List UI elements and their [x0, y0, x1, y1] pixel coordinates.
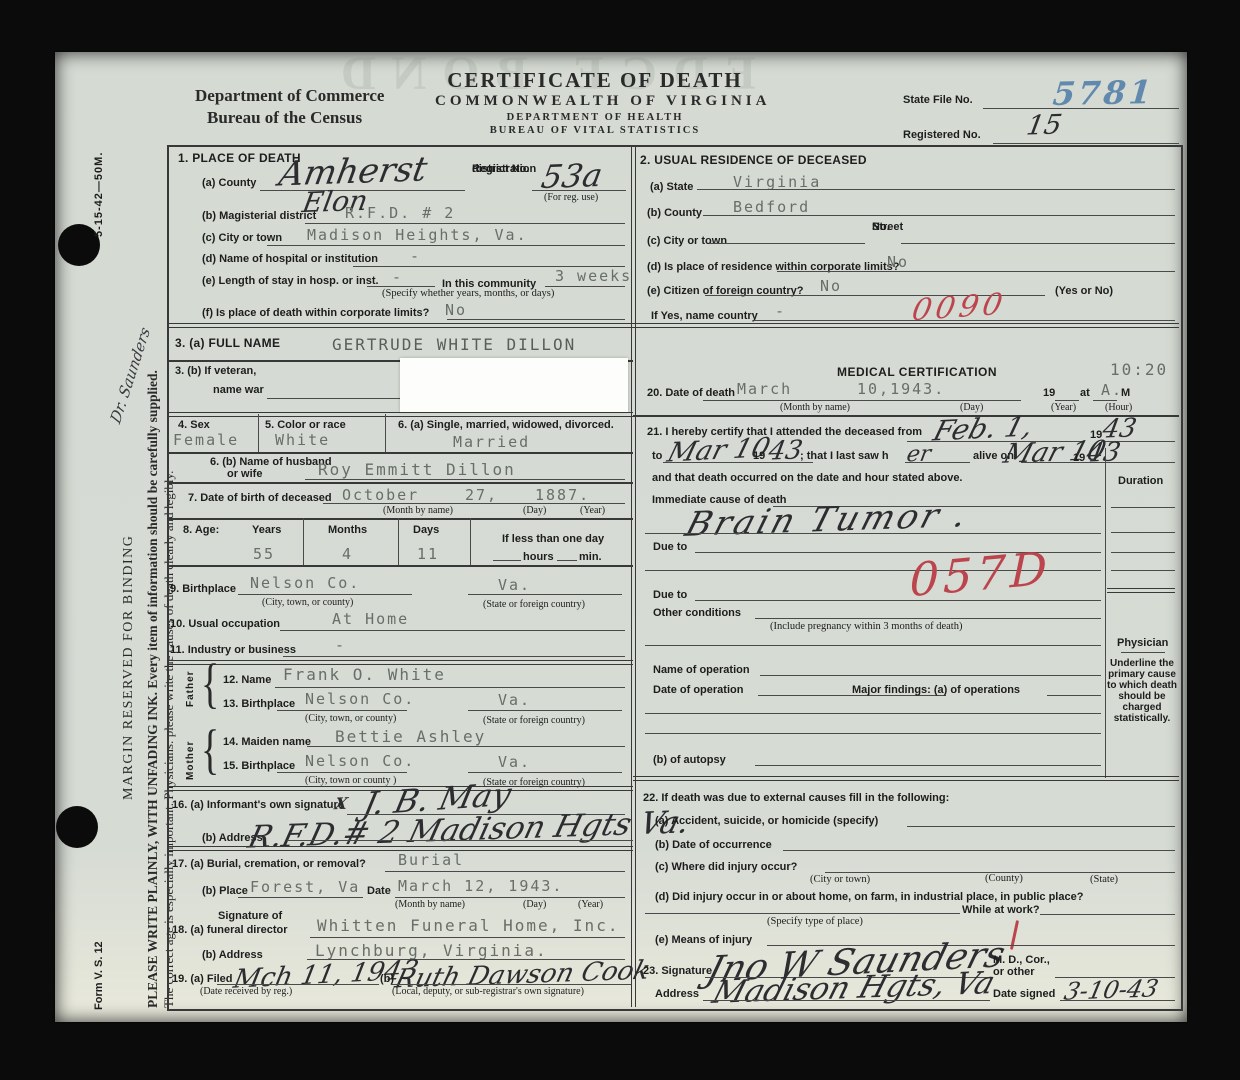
hole-punch-bottom: [56, 806, 98, 848]
s8-months-label: Months: [328, 524, 367, 536]
s6b-spouse-label-1: 6. (b) Name of husband: [210, 456, 332, 468]
s7-month-value: October: [342, 486, 419, 504]
s1-stay-value1: -: [392, 268, 403, 286]
s18-sig-of-label: Signature of: [218, 910, 282, 922]
s2-county-value: Bedford: [733, 198, 810, 216]
rule: [1111, 532, 1175, 533]
rule: [557, 560, 577, 561]
s20-month-hint: (Month by name): [780, 402, 850, 413]
rule: [1021, 462, 1175, 463]
s6a-marital-value: Married: [453, 433, 530, 451]
section2-heading: 2. USUAL RESIDENCE OF DECEASED: [640, 153, 867, 167]
certificate-title: CERTIFICATE OF DEATH: [435, 68, 755, 93]
s23-address-label: Address: [655, 988, 699, 1000]
rule: [645, 713, 1101, 714]
s2-street-label-2: No.: [872, 222, 890, 233]
certificate-paper: EDGE BOND 5-15-42—50M. Form V. S. 12 MAR…: [55, 52, 1187, 1022]
s9-place-value: Nelson Co.: [250, 574, 360, 592]
column-divider: [258, 414, 259, 452]
s21-due2-label: Due to: [653, 589, 687, 601]
rule: [1040, 914, 1175, 915]
s2-state-label: (a) State: [650, 181, 693, 193]
s8-months-value: 4: [342, 545, 353, 563]
rule: [710, 243, 865, 244]
s1-hospital-value: -: [410, 247, 421, 265]
print-code: 5-15-42—50M.: [93, 152, 105, 237]
rule: [385, 871, 625, 872]
rule: [447, 319, 625, 320]
s21-certify-line2: and that death occurred on the date and …: [652, 472, 963, 484]
rule: [395, 897, 625, 898]
mother-bp-place: Nelson Co.: [305, 752, 415, 770]
s21-due1-label: Due to: [653, 541, 687, 553]
rule: [238, 897, 363, 898]
s7-day-value: 27,: [465, 486, 498, 504]
s20-month-value: March: [737, 380, 792, 398]
s18-address-value: Lynchburg, Virginia.: [315, 941, 548, 960]
rule: [1111, 570, 1175, 571]
s2-ifyes-label: If Yes, name country: [651, 310, 758, 322]
form-number: Form V. S. 12: [93, 941, 105, 1010]
s2-city-label: (c) City or town: [647, 235, 727, 247]
s20-day-value: 10,1943.: [857, 380, 945, 398]
s17-burial-label: 17. (a) Burial, cremation, or removal?: [172, 858, 366, 870]
section-divider: [633, 415, 1179, 417]
binding-notice: MARGIN RESERVED FOR BINDING: [121, 535, 137, 800]
rule: [468, 594, 622, 595]
s4-sex-value: Female: [173, 431, 239, 449]
rule: [703, 1000, 990, 1001]
s18-director-label: 18. (a) funeral director: [172, 924, 288, 936]
rule: [1111, 552, 1175, 553]
section-divider: [633, 776, 1179, 781]
s1-city-label: (c) City or town: [202, 232, 282, 244]
s8-days-label: Days: [413, 524, 439, 536]
s21-to-19: 19: [753, 450, 765, 462]
s9-birthplace-label: 9. Birthplace: [170, 583, 236, 595]
s20-day-hint: (Day): [960, 402, 983, 413]
registered-number: 15: [1024, 109, 1064, 141]
s2-corporate-value: No: [887, 253, 909, 271]
dept-of-health: DEPARTMENT OF HEALTH: [435, 112, 755, 123]
father-name-label: 12. Name: [223, 674, 271, 686]
row-border: [167, 482, 633, 484]
s7-year-value: 1887.: [535, 486, 590, 504]
s3-veteran-label-1: 3. (b) If veteran,: [175, 365, 256, 377]
registered-label: Registered No.: [903, 129, 981, 141]
s11-industry-label: 11. Industry or business: [170, 644, 296, 656]
s6b-spouse-value: Roy Emmitt Dillon: [318, 460, 516, 479]
s7-day-hint: (Day): [523, 505, 546, 516]
s21-opname-label: Name of operation: [653, 664, 750, 676]
s8-days-value: 11: [417, 545, 439, 563]
s2-red-stamp: 0090: [909, 287, 1009, 328]
s5-race-label: 5. Color or race: [265, 419, 346, 431]
s2-yesno-hint: (Yes or No): [1055, 285, 1113, 297]
s17-year-hint: (Year): [578, 899, 603, 910]
s9-state-hint: (State or foreign country): [483, 599, 585, 610]
rule: [1111, 507, 1175, 508]
father-city-hint: (City, town, or county): [305, 713, 396, 724]
s22-c-label: (c) Where did injury occur?: [655, 861, 797, 873]
rule: [468, 772, 622, 773]
rule: [645, 913, 960, 914]
s16-signature-label: 16. (a) Informant's own signature: [172, 799, 344, 811]
rule: [238, 594, 412, 595]
rule: [283, 656, 625, 657]
s20-year-hint: (Year): [1051, 402, 1076, 413]
section-divider: [167, 323, 1179, 328]
rule: [305, 479, 625, 480]
s7-birthdate-label: 7. Date of birth of deceased: [188, 492, 332, 504]
father-bp-place: Nelson Co.: [305, 690, 415, 708]
s1-county-label: (a) County: [202, 177, 256, 189]
s22-place-hint: (Specify type of place): [767, 916, 863, 927]
mother-name-value: Bettie Ashley: [335, 727, 486, 746]
row-border: [167, 518, 633, 520]
rule: [1055, 400, 1079, 401]
father-bp-label: 13. Birthplace: [223, 698, 295, 710]
s8-min-label: min.: [579, 551, 602, 563]
commonwealth-subtitle: COMMONWEALTH OF VIRGINIA: [435, 93, 755, 110]
s8-lessday-label: If less than one day: [502, 533, 604, 545]
s1-reg-district-value: 53a: [538, 156, 605, 196]
s20-19-label: 19: [1043, 387, 1055, 399]
s5-race-value: White: [275, 431, 330, 449]
mother-name-label: 14. Maiden name: [223, 736, 311, 748]
rule: [663, 462, 813, 463]
s17-date-label: Date: [367, 885, 391, 897]
rule: [760, 675, 1101, 676]
s1-city-value: Madison Heights, Va.: [307, 226, 528, 244]
rule: [1121, 652, 1165, 653]
s21-mid1-label: ; that I last saw h: [800, 450, 889, 462]
rule: [267, 245, 625, 246]
rule: [755, 320, 1175, 321]
s21-findings-label: Major findings: (a) of operations: [852, 684, 1020, 696]
s20-time-value: 10:20: [1110, 360, 1168, 379]
s1-magisterial-value: R.F.D. # 2: [345, 204, 455, 222]
rule: [277, 772, 407, 773]
s8-hours-label: hours: [523, 551, 554, 563]
row-border: [167, 412, 633, 417]
s21-other-label: Other conditions: [653, 607, 741, 619]
s22-a-label: (a) Accident, suicide, or homicide (spec…: [655, 815, 878, 827]
rule: [280, 630, 625, 631]
mother-bp-label: 15. Birthplace: [223, 760, 295, 772]
s17-month-hint: (Month by name): [395, 899, 465, 910]
s21-her-value: er: [905, 442, 933, 468]
s22-e-label: (e) Means of injury: [655, 934, 752, 946]
s1-hospital-label: (d) Name of hospital or institution: [202, 253, 378, 265]
father-group-label: Father: [185, 670, 196, 707]
rule: [993, 143, 1179, 144]
rule: [703, 215, 1175, 216]
s8-age-label: 8. Age:: [183, 524, 219, 536]
s3-fullname-label: 3. (a) FULL NAME: [175, 336, 280, 350]
s23-signature-label: 23. Signature: [643, 965, 712, 977]
s1-stay-hint: (Specify whether years, months, or days): [382, 288, 554, 299]
s18-address-label: (b) Address: [202, 949, 263, 961]
s3-veteran-label-2: name war: [213, 384, 264, 396]
agency-line-1: Department of Commerce: [195, 86, 384, 106]
mother-brace: {: [201, 718, 219, 782]
scan-background: EDGE BOND 5-15-42—50M. Form V. S. 12 MAR…: [0, 0, 1240, 1080]
rule: [645, 533, 1101, 534]
s1-corporate-value: No: [445, 301, 467, 319]
s22-d-label: (d) Did injury occur in or about home, o…: [655, 891, 1083, 903]
rule: [755, 765, 1101, 766]
s1-stay-label: (e) Length of stay in hosp. or inst.: [202, 275, 379, 287]
rule: [1093, 400, 1117, 401]
father-name-value: Frank O. White: [283, 665, 446, 684]
s6b-spouse-label-2: or wife: [227, 468, 262, 480]
s7-year-hint: (Year): [580, 505, 605, 516]
column-divider: [398, 518, 399, 565]
s23-md-label-2: or other: [993, 966, 1035, 978]
rule: [703, 400, 1021, 401]
redaction-box: [400, 358, 628, 412]
s21-on-year: 43: [1084, 437, 1123, 468]
s20-m-label: M: [1121, 387, 1130, 399]
caution-line-1: PLEASE WRITE PLAINLY, WITH UNFADING INK.…: [145, 128, 161, 1008]
rule: [755, 618, 1101, 619]
row-border: [167, 452, 633, 454]
medical-cert-heading: MEDICAL CERTIFICATION: [837, 365, 997, 379]
s2-county-label: (b) County: [647, 207, 702, 219]
agency-line-2: Bureau of the Census: [207, 108, 362, 128]
state-file-number: 5781: [1051, 73, 1156, 113]
s8-years-label: Years: [252, 524, 281, 536]
rule: [907, 826, 1175, 827]
s17-place-value: Forest, Va: [250, 878, 360, 896]
s6a-marital-label: 6. (a) Single, married, widowed, divorce…: [398, 419, 614, 431]
rule: [901, 243, 1175, 244]
physician-note: Underline the primary cause to which dea…: [1105, 658, 1179, 724]
s1-community-value: 3 weeks: [555, 267, 632, 285]
s17-burial-value: Burial: [398, 851, 464, 869]
father-brace: {: [201, 652, 219, 716]
s23-date-signed-label: Date signed: [993, 988, 1055, 1000]
s20-at-label: at: [1080, 387, 1090, 399]
rule: [645, 645, 1101, 646]
s22-state-hint: (State): [1090, 874, 1118, 885]
row-border: [167, 565, 633, 567]
rule: [367, 286, 435, 287]
column-divider: [303, 518, 304, 565]
rule: [468, 710, 622, 711]
s17-date-value: March 12, 1943.: [398, 877, 563, 895]
s22-heading: 22. If death was due to external causes …: [643, 792, 949, 804]
s21-other-hint: (Include pregnancy within 3 months of de…: [770, 621, 962, 632]
s22-work-label: While at work?: [962, 904, 1040, 916]
s2-citizen-value: No: [820, 277, 842, 295]
rule: [267, 398, 400, 399]
duration-label: Duration: [1118, 475, 1163, 487]
s19-filed-hint: (Date received by reg.): [200, 986, 292, 997]
s17-place-label: (b) Place: [202, 885, 248, 897]
rule: [695, 600, 1101, 601]
duration-column-line: [1105, 448, 1106, 778]
rule: [307, 746, 625, 747]
s22-b-label: (b) Date of occurrence: [655, 839, 772, 851]
rule: [391, 984, 631, 985]
s10-occupation-value: At Home: [332, 610, 409, 628]
physician-label: Physician: [1117, 637, 1168, 649]
s20-hour-hint: (Hour): [1105, 402, 1132, 413]
s2-ifyes-value: -: [775, 302, 786, 320]
s18-director-value: Whitten Funeral Home, Inc.: [317, 916, 619, 935]
s1-magisterial-label: (b) Magisterial district: [202, 210, 316, 222]
s1-corporate-label: (f) Is place of death within corporate l…: [202, 307, 429, 319]
rule: [545, 286, 625, 287]
s22-county-hint: (County): [985, 873, 1023, 884]
rule: [493, 560, 521, 561]
rule: [777, 271, 1175, 272]
s4-sex-label: 4. Sex: [178, 419, 210, 431]
s8-years-value: 55: [253, 545, 275, 563]
s21-opdate-label: Date of operation: [653, 684, 743, 696]
s7-month-hint: (Month by name): [383, 505, 453, 516]
s1-reg-hint: (For reg. use): [544, 192, 598, 203]
s3-fullname-value: GERTRUDE WHITE DILLON: [332, 335, 576, 354]
s22-city-hint: (City or town): [810, 874, 870, 885]
rule: [1047, 695, 1101, 696]
s10-occupation-label: 10. Usual occupation: [170, 618, 280, 630]
s9-city-hint: (City, town, or county): [262, 597, 353, 608]
s20-am-value: A.: [1101, 381, 1123, 399]
s23-md-label-1: M. D., Cor.,: [993, 954, 1050, 966]
rule: [323, 503, 625, 504]
rule: [275, 687, 625, 688]
duration-end-line: [1107, 588, 1175, 593]
column-divider: [385, 414, 386, 452]
rule: [1060, 1000, 1175, 1001]
mother-group-label: Mother: [185, 741, 196, 780]
rule: [277, 710, 407, 711]
rule: [310, 937, 625, 938]
rule: [905, 462, 970, 463]
s20-date-of-death-label: 20. Date of death: [647, 387, 735, 399]
mother-bp-state: Va.: [498, 753, 531, 771]
s11-industry-value: -: [335, 636, 346, 654]
s21-autopsy-label: (b) of autopsy: [653, 754, 726, 766]
state-file-label: State File No.: [903, 94, 973, 106]
s19-registrar-hint: (Local, deputy, or sub-registrar's own s…: [392, 986, 584, 997]
rule: [287, 840, 633, 841]
rule: [697, 189, 1175, 190]
rule: [783, 850, 1175, 851]
rule: [645, 733, 1101, 734]
rule: [305, 223, 625, 224]
father-bp-state: Va.: [498, 691, 531, 709]
column-divider: [470, 518, 471, 565]
bureau-of-vital-statistics: BUREAU OF VITAL STATISTICS: [435, 125, 755, 136]
s17-day-hint: (Day): [523, 899, 546, 910]
s1-reg-label-2: district No.: [472, 164, 529, 175]
s9-state-value: Va.: [498, 576, 531, 594]
father-state-hint: (State or foreign country): [483, 715, 585, 726]
s21-to-label: to: [652, 450, 662, 462]
rule: [217, 984, 379, 985]
